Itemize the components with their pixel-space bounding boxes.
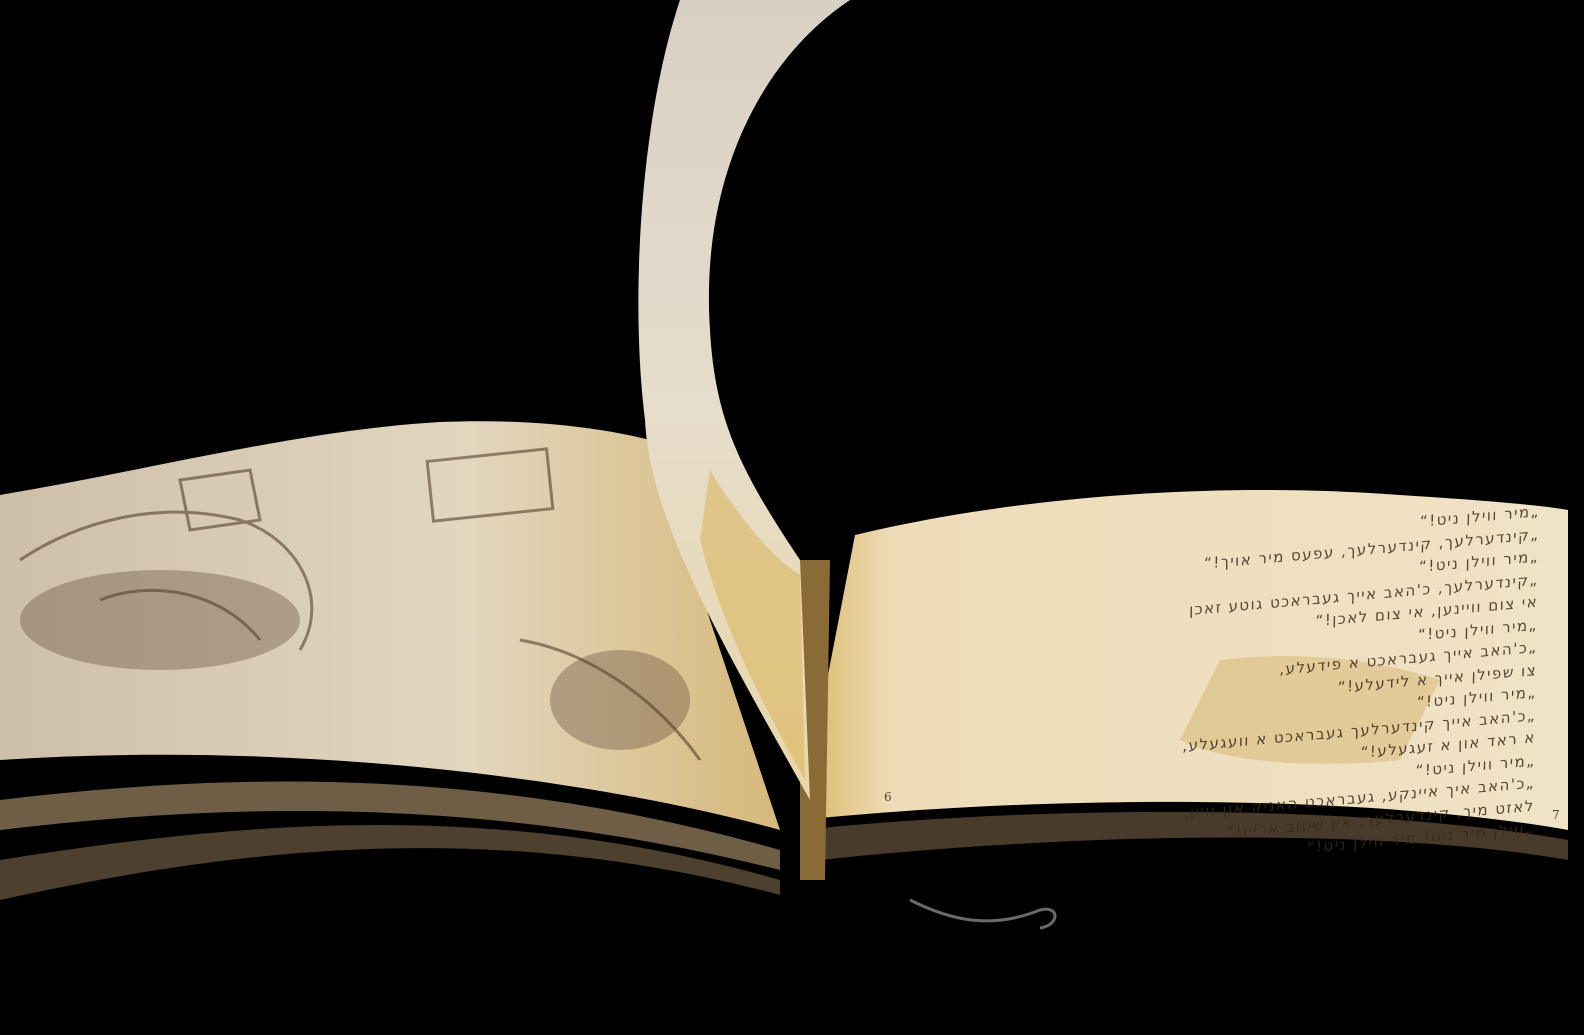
right-page-text: „מיר ווילן ניט!“ „קינדערלעך, קינדערלעך, … [897,500,1540,895]
page-number-right: 7 [1552,808,1560,822]
photo-scene: „מיר ווילן ניט!“ „קינדערלעך, קינדערלעך, … [0,0,1584,1035]
page-number-left: 6 [884,790,892,804]
